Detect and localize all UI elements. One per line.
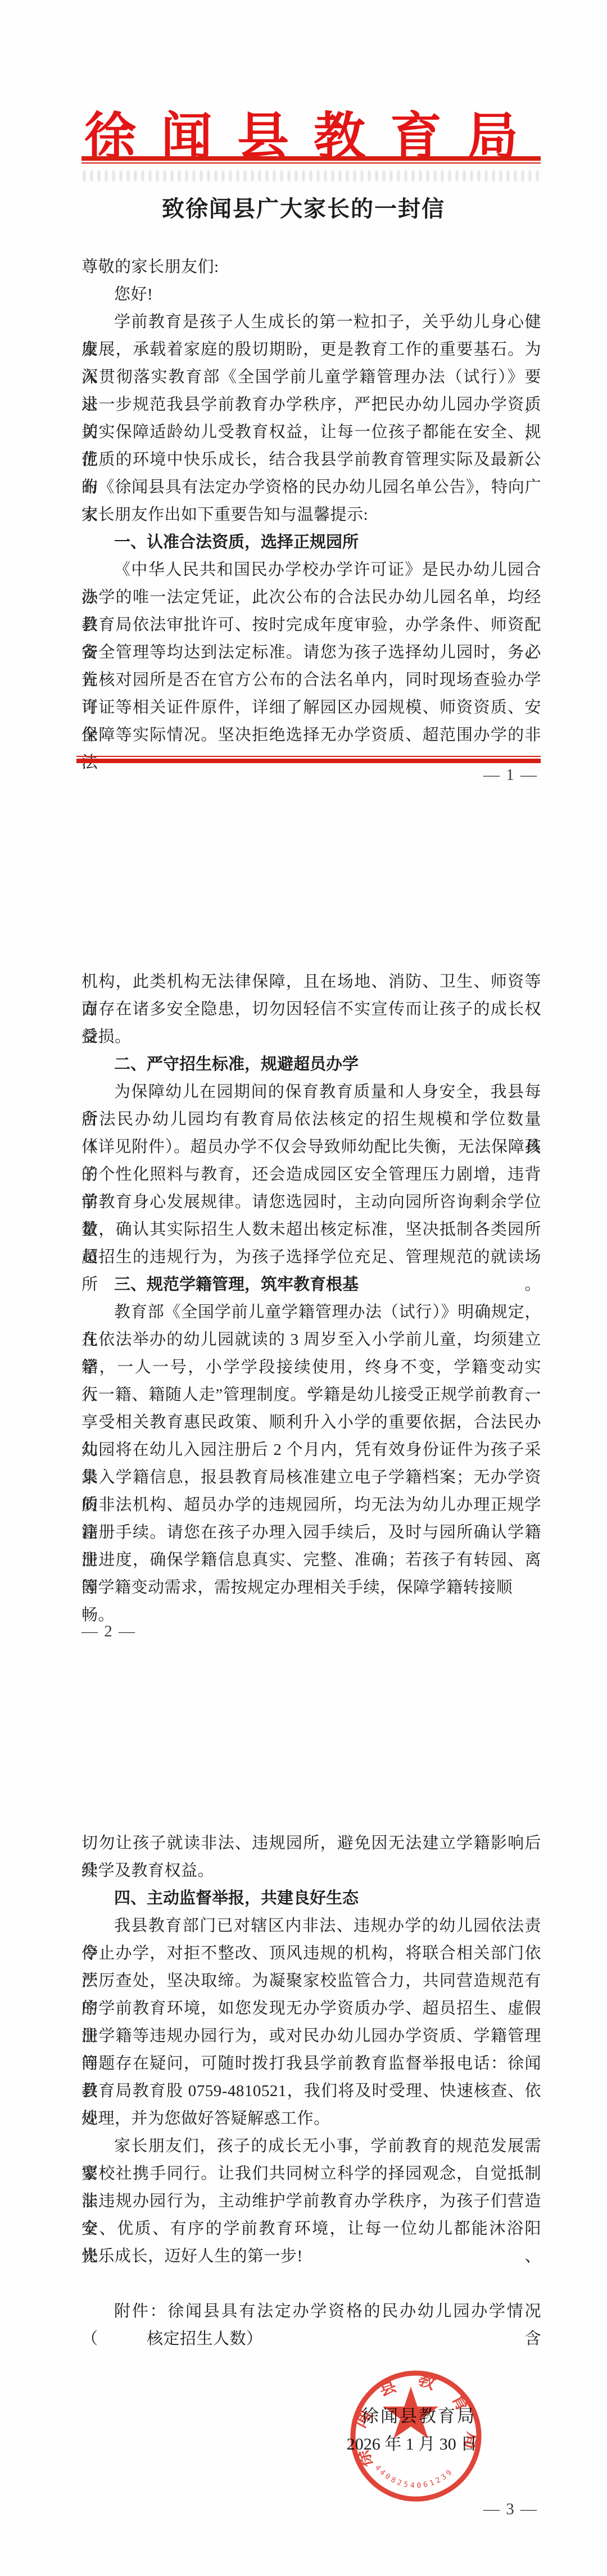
text-line: 在依法举办的幼儿园就读的 3 周岁至入小学前儿童，均须建立学: [81, 1326, 541, 1354]
text-line: 停止办学，对拒不整改、顶风违规的机构，将联合相关部门依法: [81, 1940, 541, 1967]
page-2-body: 机构，此类机构无法律保障，且在场地、消防、卫生、师资等方面存在诸多安全隐患，切勿…: [81, 968, 541, 1602]
text-line: 问题存在疑问，可随时拨打我县学前教育监督举报电话：徐闻县: [81, 2050, 541, 2078]
text-line: 四、主动监督举报，共建良好生态: [81, 1885, 541, 1912]
page-3-body: 切勿让孩子就读非法、违规园所，避免因无法建立学籍影响后续升学及教育权益。四、主动…: [81, 1830, 541, 2353]
text-line: 附件：徐闻县具有法定办学资格的民办幼儿园办学情况（含: [81, 2298, 541, 2325]
text-line: 前教育身心发展规律。请您选园时，主动向园所咨询剩余学位数: [81, 1189, 541, 1216]
text-line: 学前教育是孩子人生成长的第一粒扣子，关乎幼儿身心健康: [81, 309, 541, 336]
text-line: 家长朋友们，孩子的成长无小事，学前教育的规范发展需要: [81, 2133, 541, 2160]
text-line: 量，确认其实际招生人数未超出核定标准，坚决抵制各类园所超: [81, 1216, 541, 1244]
page-title: 致徐闻县广大家长的一封信: [0, 194, 607, 224]
red-rule-thick: [76, 759, 541, 763]
text-line: 教育部《全国学前儿童学籍管理办法（试行）》明确规定，凡: [81, 1299, 541, 1326]
page-number-2: — 2 —: [81, 1622, 538, 1641]
text-line: 等学籍变动需求，需按规定办理相关手续，保障学籍转接顺畅。: [81, 1574, 541, 1602]
text-line: 家长朋友作出如下重要告知与温馨提示:: [81, 501, 541, 529]
seal-code: 4408254061239: [373, 2464, 456, 2490]
text-line: 的个性化照料与教育，还会造成园区安全管理压力剧增，违背学: [81, 1161, 541, 1189]
text-line: 切勿让孩子就读非法、违规园所，避免因无法建立学籍影响后续: [81, 1830, 541, 1857]
text-line: 为保障幼儿在园期间的保育教育质量和人身安全，我县每所: [81, 1078, 541, 1106]
text-line: 教育局依法审批许可、按时完成年度审验，办学条件、师资配备、: [81, 611, 541, 639]
header-red-rule: [81, 156, 541, 164]
text-line: 受损。: [81, 1023, 541, 1051]
text-line: 切实保障适龄幼儿受教育权益，让每一位孩子都能在安全、规范、: [81, 419, 541, 446]
seal-ring: [353, 2373, 479, 2499]
text-line: 可证等相关证件原件，详细了解园区办园规模、师资资质、安全: [81, 694, 541, 722]
red-rule-thick: [81, 156, 541, 161]
text-line: 儿园将在幼儿入园注册后 2 个月内，凭有效身份证件为孩子采集: [81, 1436, 541, 1464]
text-line: 升学及教育权益。: [81, 1857, 541, 1885]
text-line: 录入学籍信息，报县教育局核准建立电子学籍档案；无办学资质: [81, 1464, 541, 1491]
text-line: 处理，并为您做好答疑解惑工作。: [81, 2105, 541, 2133]
text-line: 的非法机构、超员办学的违规园所，均无法为幼儿办理正规学籍: [81, 1491, 541, 1519]
letter-document: 徐闻县教育局 致徐闻县广大家长的一封信 尊敬的家长朋友们:您好!学前教育是孩子人…: [0, 0, 607, 2576]
text-line: 员招生的违规行为，为孩子选择学位充足、管理规范的就读场所。: [81, 1244, 541, 1271]
text-line: 的《徐闻县具有法定办学资格的民办幼儿园名单公告》，特向广大: [81, 474, 541, 501]
text-line: 家校社携手同行。让我们共同树立科学的择园观念，自觉抵制非: [81, 2160, 541, 2188]
text-line: 籍，一人一号，小学学段接续使用，终身不变，学籍变动实行“一: [81, 1354, 541, 1381]
text-line: 优质的环境中快乐成长，结合我县学前教育管理实际及最新公布: [81, 446, 541, 474]
text-line: 办学的唯一法定凭证，此次公布的合法民办幼儿园名单，均经县: [81, 584, 541, 611]
text-line: 注册手续。请您在孩子办理入园手续后，及时与园所确认学籍注: [81, 1519, 541, 1546]
text-line: 《中华人民共和国民办学校办学许可证》是民办幼儿园合法: [81, 556, 541, 584]
text-line: 我县教育部门已对辖区内非法、违规办学的幼儿园依法责令: [81, 1912, 541, 1940]
official-seal: 徐闻县教育局 4408254061239: [347, 2368, 484, 2505]
text-line: 安全管理等均达到法定标准。请您为孩子选择幼儿园时，务必首: [81, 639, 541, 666]
text-line: 机构，此类机构无法律保障，且在场地、消防、卫生、师资等方: [81, 968, 541, 996]
page-number-3: — 3 —: [81, 2500, 538, 2519]
text-line: 体详见附件）。超员办学不仅会导致师幼配比失衡，无法保障孩子: [81, 1133, 541, 1161]
scan-artifact-band: [83, 171, 540, 181]
text-line: 入贯彻落实教育部《全国学前儿童学籍管理办法（试行）》要求，: [81, 364, 541, 391]
text-line: 册进度，确保学籍信息真实、完整、准确；若孩子有转园、离园: [81, 1546, 541, 1574]
text-line: 先核对园所是否在官方公布的合法名单内，同时现场查验办学许: [81, 666, 541, 694]
text-line: 严厉查处，坚决取缔。为凝聚家校监管合力，共同营造规范有序: [81, 1967, 541, 1995]
text-line: 教育局教育股 0759-4810521，我们将及时受理、快速核查、依规: [81, 2078, 541, 2105]
text-line: 进一步规范我县学前教育办学秩序，严把民办幼儿园办学资质关，: [81, 391, 541, 419]
red-rule-thin: [81, 162, 541, 164]
text-line: 您好!: [81, 281, 541, 309]
page-1-body: 尊敬的家长朋友们:您好!学前教育是孩子人生成长的第一粒扣子，关乎幼儿身心健康发展…: [81, 253, 541, 749]
footer-red-rule: [76, 756, 541, 763]
text-line: 册学籍等违规办园行为，或对民办幼儿园办学资质、学籍管理等: [81, 2022, 541, 2050]
text-line: 二、严守招生标准，规避超员办学: [81, 1051, 541, 1078]
svg-text:4408254061239: 4408254061239: [373, 2464, 456, 2490]
text-line: 发展，承载着家庭的殷切期盼，更是教育工作的重要基石。为深: [81, 336, 541, 364]
text-line: 尊敬的家长朋友们:: [81, 253, 541, 281]
text-line: 全、优质、有序的学前教育环境，让每一位幼儿都能沐浴阳光、: [81, 2215, 541, 2243]
text-line: [81, 2270, 541, 2298]
text-line: 的学前教育环境，如您发现无办学资质办学、超员招生、虚假注: [81, 1995, 541, 2022]
text-line: 一、认准合法资质，选择正规园所: [81, 529, 541, 556]
text-line: 面存在诸多安全隐患，切勿因轻信不实宣传而让孩子的成长权益: [81, 996, 541, 1023]
text-line: 合法民办幼儿园均有教育局依法核定的招生规模和学位数量（具: [81, 1106, 541, 1133]
text-line: 法违规办园行为，主动维护学前教育办学秩序，为孩子们营造安: [81, 2188, 541, 2215]
page-number-1: — 1 —: [81, 765, 538, 784]
text-line: 保障等实际情况。坚决拒绝选择无办学资质、超范围办学的非法: [81, 722, 541, 749]
text-line: 享受相关教育惠民政策、顺利升入小学的重要依据，合法民办幼: [81, 1409, 541, 1436]
text-line: 人一籍、籍随人走”管理制度。学籍是幼儿接受正规学前教育、: [81, 1381, 541, 1409]
